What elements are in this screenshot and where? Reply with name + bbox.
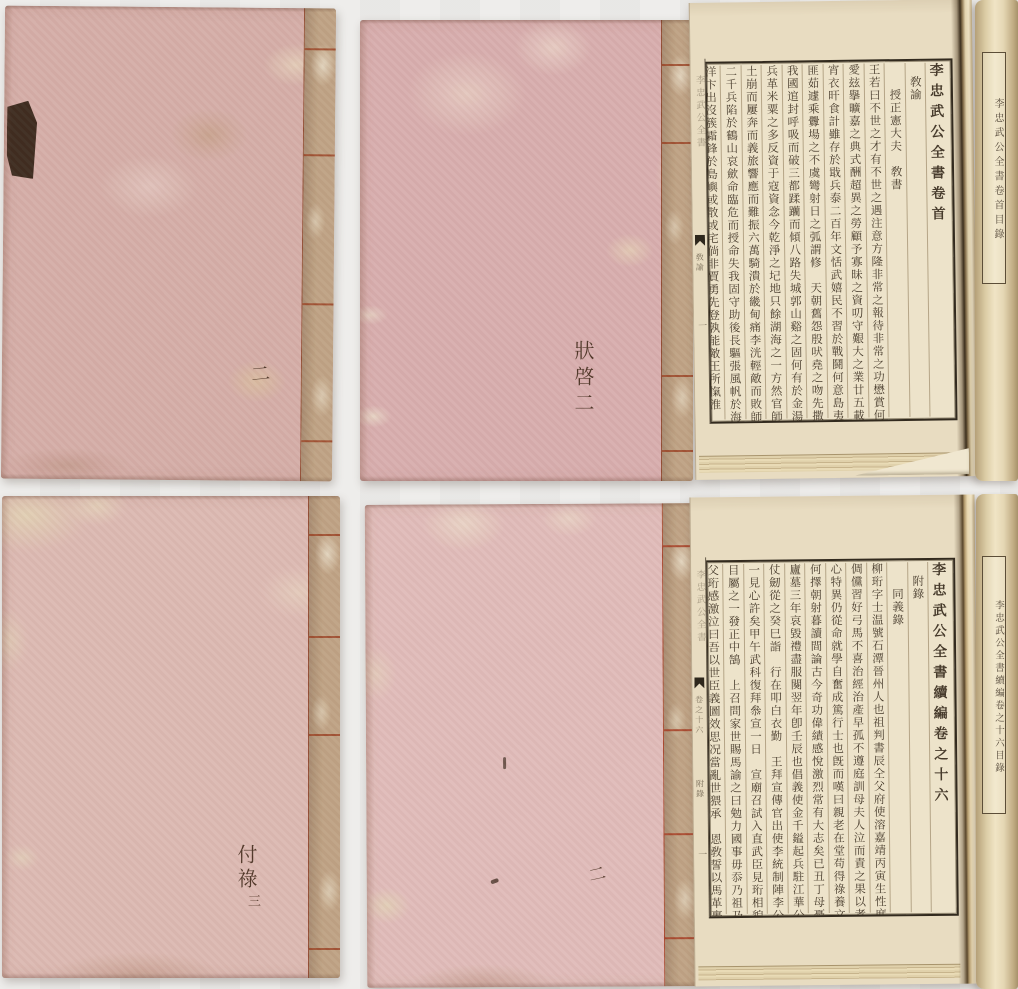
centerfold-section: 敎諭 bbox=[694, 253, 705, 273]
text-column: 廬墓三年哀毀禮盡服闋翌年卽壬辰也倡義使金千鎰起兵駐江華公 bbox=[784, 563, 808, 913]
text-column: 目屬之一發正中鵠 上召問家世賜馬諭之曰勉力國事毋忝乃祖乃 bbox=[722, 564, 746, 914]
cover-label: 付祿 bbox=[236, 844, 256, 892]
ink-speck bbox=[503, 757, 506, 769]
binding-stitch bbox=[662, 142, 693, 144]
centerfold-volume: 卷之十六 bbox=[694, 695, 705, 735]
text-column: 一見心許矣甲午武科復拜叅宣一日 宣廟召試入直武臣見珩相貌 bbox=[743, 564, 767, 914]
binding-stitch bbox=[309, 636, 340, 638]
text-column: 心特異仍從命就學自奮成篤行士也旣而嘆曰親老在堂苟得祿養文武 bbox=[825, 563, 849, 913]
binding-stitch bbox=[664, 833, 695, 835]
centerfold-title: 李忠武公全書 bbox=[692, 75, 707, 150]
cover-volume-label: 三 bbox=[246, 894, 259, 907]
centerfold-title: 李忠武公全書 bbox=[692, 569, 707, 644]
binding-stitch bbox=[664, 729, 695, 731]
text-column: 柳珩字士温號石潭晉州人也祖判書辰仝父府使溶嘉靖丙寅生性度 bbox=[866, 562, 890, 912]
edge-volume-title: 李忠武公全書續編卷之十六目錄 bbox=[982, 556, 1006, 814]
stitched-binding-edge bbox=[308, 496, 340, 978]
page-text: 李忠武公全書續編卷之十六 附錄 同義錄柳珩字士温號石潭晉州人也祖判書辰仝父府使溶… bbox=[710, 562, 952, 914]
text-column: 附錄 bbox=[907, 562, 931, 912]
page-stack-edge bbox=[698, 964, 960, 981]
page-number: 一 bbox=[695, 849, 708, 858]
stitched-binding-edge bbox=[661, 20, 693, 481]
photo-backdrop: 二 狀啓二 李忠武公全書卷首 敎諭 授正憲大夫 敎書王若曰不世之才有不世之遇注意… bbox=[0, 0, 1018, 989]
fishtail-mark bbox=[694, 677, 704, 688]
cover-label: 狀啓二 bbox=[573, 340, 593, 418]
open-book-bottom-right: 李忠武公全書續編卷之十六 附錄 同義錄柳珩字士温號石潭晉州人也祖判書辰仝父府使溶… bbox=[689, 495, 978, 987]
binding-stitch bbox=[662, 450, 693, 452]
page-number: 一 bbox=[695, 321, 708, 330]
binding-stitch bbox=[301, 440, 332, 442]
text-column: 仗劒從之癸巳詣 行在叩白衣勤 王拜宣傳官出使李統制陣李公 bbox=[763, 564, 787, 914]
binding-stitch bbox=[309, 534, 340, 536]
cover-label: 二 bbox=[584, 864, 604, 884]
edge-volume-bottom: 李忠武公全書續編卷之十六目錄 bbox=[976, 494, 1018, 989]
text-column: 何擇朝射暮讀間論古今奇功偉績感悅激烈常有大志矣已丑丁母憂 bbox=[804, 563, 828, 913]
edge-volume-top: 李忠武公全書卷首目錄 bbox=[975, 0, 1018, 481]
binding-stitch bbox=[309, 734, 340, 736]
page-text: 李忠武公全書卷首 敎諭 授正憲大夫 敎書王若曰不世之才有不世之遇注意方隆非常之報… bbox=[710, 62, 951, 419]
centerfold-section: 附錄 bbox=[694, 779, 705, 799]
binding-stitch bbox=[305, 48, 336, 50]
binding-stitch bbox=[662, 375, 693, 377]
binding-stitch bbox=[304, 154, 335, 156]
book-cover-top-middle: 狀啓二 bbox=[360, 20, 693, 481]
cover-label: 二 bbox=[248, 363, 269, 384]
edge-volume-title: 李忠武公全書卷首目錄 bbox=[982, 52, 1006, 284]
stitched-binding-edge bbox=[300, 8, 336, 481]
book-cover-bottom-middle: 二 bbox=[365, 503, 697, 988]
page-frame: 李忠武公全書續編卷之十六 附錄 同義錄柳珩字士温號石潭晉州人也祖判書辰仝父府使溶… bbox=[705, 558, 959, 919]
binding-stitch bbox=[302, 303, 333, 305]
binding-stitch bbox=[665, 937, 696, 939]
binding-stitch bbox=[662, 64, 693, 66]
open-book-top-right: 李忠武公全書卷首 敎諭 授正憲大夫 敎書王若曰不世之才有不世之遇注意方隆非常之報… bbox=[689, 0, 978, 480]
text-column: 同義錄 bbox=[886, 562, 910, 912]
binding-stitch bbox=[309, 948, 340, 950]
text-column: 李忠武公全書續編卷之十六 bbox=[927, 562, 952, 912]
text-column: 倜儻習好弓馬不喜治經治產早孤不遵庭訓母夫人泣而責之果以孝 bbox=[845, 563, 869, 913]
fishtail-mark bbox=[695, 235, 705, 246]
ink-speck bbox=[490, 878, 499, 885]
page-frame: 李忠武公全書卷首 敎諭 授正憲大夫 敎書王若曰不世之才有不世之遇注意方隆非常之報… bbox=[705, 58, 958, 423]
book-cover-top-left: 二 bbox=[1, 6, 336, 482]
book-cover-bottom-left: 付祿 三 bbox=[2, 496, 340, 978]
ink-blob bbox=[7, 101, 38, 179]
